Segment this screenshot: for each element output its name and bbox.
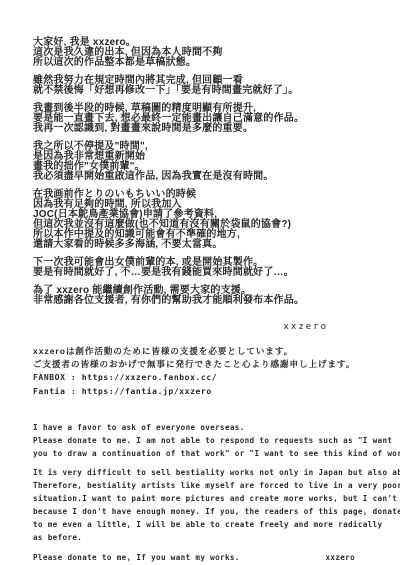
paragraph-favor: I have a favor to ask of everyone overse… bbox=[33, 421, 400, 460]
text-line: I have a favor to ask of everyone overse… bbox=[33, 421, 400, 434]
paragraph-intro: 大家好, 我是 xxzero。 這次是我久違的出本, 但因為本人時間不夠 所以這… bbox=[33, 38, 400, 68]
text-line: ご支援者の皆様のおかげで無事に発行できたこと心より感謝申し上げます。 bbox=[33, 358, 400, 371]
fantia-link: Fantia : https://fantia.jp/xxzero bbox=[33, 385, 400, 399]
text-line: xxzeroは創作活動のために皆様の支援を必要としています。 bbox=[33, 345, 400, 358]
text-line: because I don't have enough money. If yo… bbox=[33, 505, 400, 518]
text-line: Please donate to me. I am not able to re… bbox=[33, 434, 400, 447]
author-signature: xxzero bbox=[33, 322, 400, 332]
text-line: as before. bbox=[33, 531, 400, 544]
donation-plea: Please donate to me, If you want my work… bbox=[33, 551, 240, 564]
english-message-section: I have a favor to ask of everyone overse… bbox=[33, 421, 400, 564]
afterword-document: 大家好, 我是 xxzero。 這次是我久違的出本, 但因為本人時間不夠 所以這… bbox=[0, 0, 400, 565]
text-line: 還請大家看的時候多多海涵, 不要太當真。 bbox=[33, 240, 400, 250]
paragraph-regret: 雖然我努力在規定時間內將其完成, 但回顧一看 就不禁後悔「好想再修改一下」「要是… bbox=[33, 76, 400, 96]
text-line: 要是有時間就好了, 不…要是我有錢能買來時間就好了…。 bbox=[33, 268, 400, 278]
text-line: It is very difficult to sell bestiality … bbox=[33, 466, 400, 479]
text-line: to me even a little, I will be able to c… bbox=[33, 518, 400, 531]
paragraph-time: 我之所以不停提及"時間", 是因為我非常想重新開始 畫我的拙作"女僕前輩"。 我… bbox=[33, 142, 400, 182]
paragraph-progress: 我畫到後半段的時候, 草稿圖的精度明顯有所提升, 要是能一直畫下去, 想必最終一… bbox=[33, 104, 400, 134]
text-line: 就不禁後悔「好想再修改一下」「要是有時間畫完就好了」。 bbox=[33, 86, 400, 96]
paragraph-next-work: 下一次我可能會出女僕前輩的本, 或是開始其製作。 要是有時間就好了, 不…要是我… bbox=[33, 258, 400, 278]
support-links: FANBOX : https://xxzero.fanbox.cc/ Fanti… bbox=[33, 371, 400, 398]
fanbox-link: FANBOX : https://xxzero.fanbox.cc/ bbox=[33, 371, 400, 385]
text-line: 我必須盡早開始重啟這作品, 因為我實在是沒有時間。 bbox=[33, 172, 400, 182]
paragraph-situation: It is very difficult to sell bestiality … bbox=[33, 466, 400, 544]
chinese-afterword-section: 大家好, 我是 xxzero。 這次是我久違的出本, 但因為本人時間不夠 所以這… bbox=[33, 38, 400, 306]
text-line: 我再一次認識到, 對畫畫來說時間是多麼的重要。 bbox=[33, 124, 400, 134]
text-line: 非常感謝各位支援者, 有你們的幫助我才能順利發布本作品。 bbox=[33, 296, 400, 306]
text-line: situation.I want to paint more pictures … bbox=[33, 492, 400, 505]
text-line: Therefore, bestiality artists like mysel… bbox=[33, 479, 400, 492]
text-line: you to draw a continuation of that work"… bbox=[33, 447, 400, 460]
paragraph-reference: 在我画前作とりのいもちいい的時候 因為我有足夠的時間, 所以我加入 JOC(日本… bbox=[33, 190, 400, 250]
japanese-support-section: xxzeroは創作活動のために皆様の支援を必要としています。 ご支援者の皆様のお… bbox=[33, 345, 400, 370]
text-line: 所以這次的作品整本都是草稿狀態。 bbox=[33, 58, 400, 68]
paragraph-thanks: 為了 xxzero 能繼續創作活動, 需要大家的支援。 非常感謝各位支援者, 有… bbox=[33, 286, 400, 306]
author-signature-bottom: xxzero bbox=[325, 551, 355, 564]
page: { "page": { "background": "#ffffff", "te… bbox=[0, 0, 400, 565]
closing-line-row: Please donate to me, If you want my work… bbox=[33, 551, 400, 564]
